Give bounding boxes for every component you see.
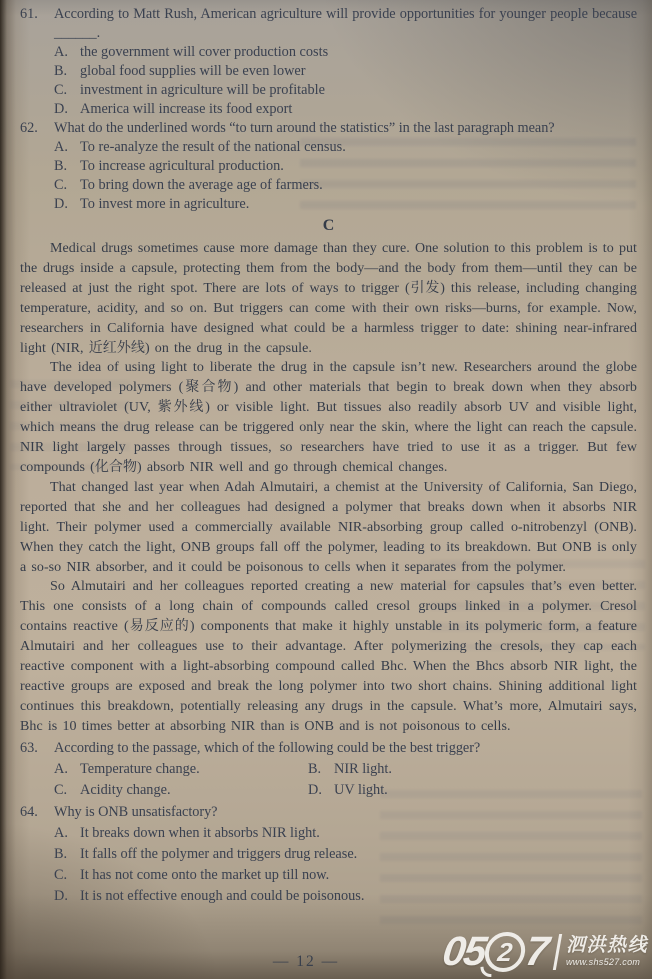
question-62: 62. What do the underlined words “to tur… [20, 119, 637, 214]
option-text: To invest more in agriculture. [80, 195, 637, 214]
question-63: 63. According to the passage, which of t… [20, 738, 637, 801]
option-text: To bring down the average age of farmers… [80, 176, 637, 195]
question-63-option-b: B. NIR light. [308, 759, 637, 780]
question-63-option-c: C. Acidity change. [54, 780, 308, 801]
question-number: 62. [20, 119, 54, 138]
question-number: 64. [20, 802, 54, 823]
watermark-divider [553, 934, 562, 970]
option-letter: C. [54, 176, 80, 195]
question-64-option-a: A. It breaks down when it absorbs NIR li… [20, 823, 637, 844]
question-64-option-b: B. It falls off the polymer and triggers… [20, 844, 637, 865]
option-text: Temperature change. [80, 759, 308, 780]
question-61-option-a: A. the government will cover production … [20, 43, 637, 62]
question-64-stem: 64. Why is ONB unsatisfactory? [20, 802, 637, 823]
question-63-option-d: D. UV light. [308, 780, 637, 801]
question-64-option-c: C. It has not come onto the market up ti… [20, 865, 637, 886]
option-text: UV light. [334, 780, 637, 801]
question-text: Why is ONB unsatisfactory? [54, 802, 637, 823]
option-text: It has not come onto the market up till … [80, 865, 637, 886]
option-text: investment in agriculture will be profit… [80, 81, 637, 100]
question-62-stem: 62. What do the underlined words “to tur… [20, 119, 637, 138]
question-text: According to Matt Rush, American agricul… [54, 5, 637, 43]
option-letter: C. [54, 865, 80, 886]
watermark-site-url: www.shs527.com [566, 957, 648, 967]
question-61-option-d: D. America will increase its food export [20, 100, 637, 119]
question-61: 61. According to Matt Rush, American agr… [20, 5, 637, 119]
scanned-exam-page: 61. According to Matt Rush, American agr… [0, 0, 652, 979]
option-text: Acidity change. [80, 780, 308, 801]
watermark-logo: 05 2 7 泗洪热线 www.shs527.com [443, 931, 648, 972]
question-61-option-b: B. global food supplies will be even low… [20, 62, 637, 81]
option-letter: D. [54, 100, 80, 119]
passage-paragraph-4: So Almutairi and her colleagues reported… [20, 577, 637, 736]
watermark-digit-2: 2 [496, 936, 514, 967]
option-letter: D. [308, 780, 334, 801]
option-text: It is not effective enough and could be … [80, 886, 637, 907]
question-63-options-row-2: C. Acidity change. D. UV light. [20, 780, 637, 801]
question-61-stem: 61. According to Matt Rush, American agr… [20, 5, 637, 43]
question-64-option-d: D. It is not effective enough and could … [20, 886, 637, 907]
option-letter: A. [54, 823, 80, 844]
option-letter: C. [54, 780, 80, 801]
passage-paragraph-1: Medical drugs sometimes cause more damag… [20, 239, 637, 358]
option-letter: C. [54, 81, 80, 100]
option-letter: D. [54, 195, 80, 214]
option-text: It breaks down when it absorbs NIR light… [80, 823, 637, 844]
option-text: America will increase its food export [80, 100, 637, 119]
option-letter: A. [54, 138, 80, 157]
question-62-option-d: D. To invest more in agriculture. [20, 195, 637, 214]
option-text: global food supplies will be even lower [80, 62, 637, 81]
watermark-site-block: 泗洪热线 www.shs527.com [566, 935, 648, 967]
question-62-option-c: C. To bring down the average age of farm… [20, 176, 637, 195]
question-text: What do the underlined words “to turn ar… [54, 119, 637, 138]
question-62-option-b: B. To increase agricultural production. [20, 157, 637, 176]
question-63-option-a: A. Temperature change. [54, 759, 308, 780]
option-letter: B. [54, 844, 80, 865]
watermark-digits-right: 7 [523, 931, 550, 972]
passage-section-heading: C [20, 217, 637, 235]
passage-paragraph-3: That changed last year when Adah Almutai… [20, 478, 637, 578]
option-letter: B. [54, 62, 80, 81]
page-content: 61. According to Matt Rush, American agr… [20, 5, 637, 907]
question-61-option-c: C. investment in agriculture will be pro… [20, 81, 637, 100]
option-text: It falls off the polymer and triggers dr… [80, 844, 637, 865]
option-text: NIR light. [334, 759, 637, 780]
question-number: 63. [20, 738, 54, 759]
question-text: According to the passage, which of the f… [54, 738, 637, 759]
option-letter: B. [54, 157, 80, 176]
question-63-stem: 63. According to the passage, which of t… [20, 738, 637, 759]
option-text: To re-analyze the result of the national… [80, 138, 637, 157]
option-text: To increase agricultural production. [80, 157, 637, 176]
question-number: 61. [20, 5, 54, 43]
option-text: the government will cover production cos… [80, 43, 637, 62]
option-letter: D. [54, 886, 80, 907]
option-letter: A. [54, 759, 80, 780]
watermark-circled-digit-icon: 2 [483, 932, 527, 972]
question-64: 64. Why is ONB unsatisfactory? A. It bre… [20, 802, 637, 907]
question-62-option-a: A. To re-analyze the result of the natio… [20, 138, 637, 157]
passage-paragraph-2: The idea of using light to liberate the … [20, 358, 637, 477]
question-63-options-row-1: A. Temperature change. B. NIR light. [20, 759, 637, 780]
option-letter: A. [54, 43, 80, 62]
option-letter: B. [308, 759, 334, 780]
watermark-site-name: 泗洪热线 [566, 935, 648, 957]
